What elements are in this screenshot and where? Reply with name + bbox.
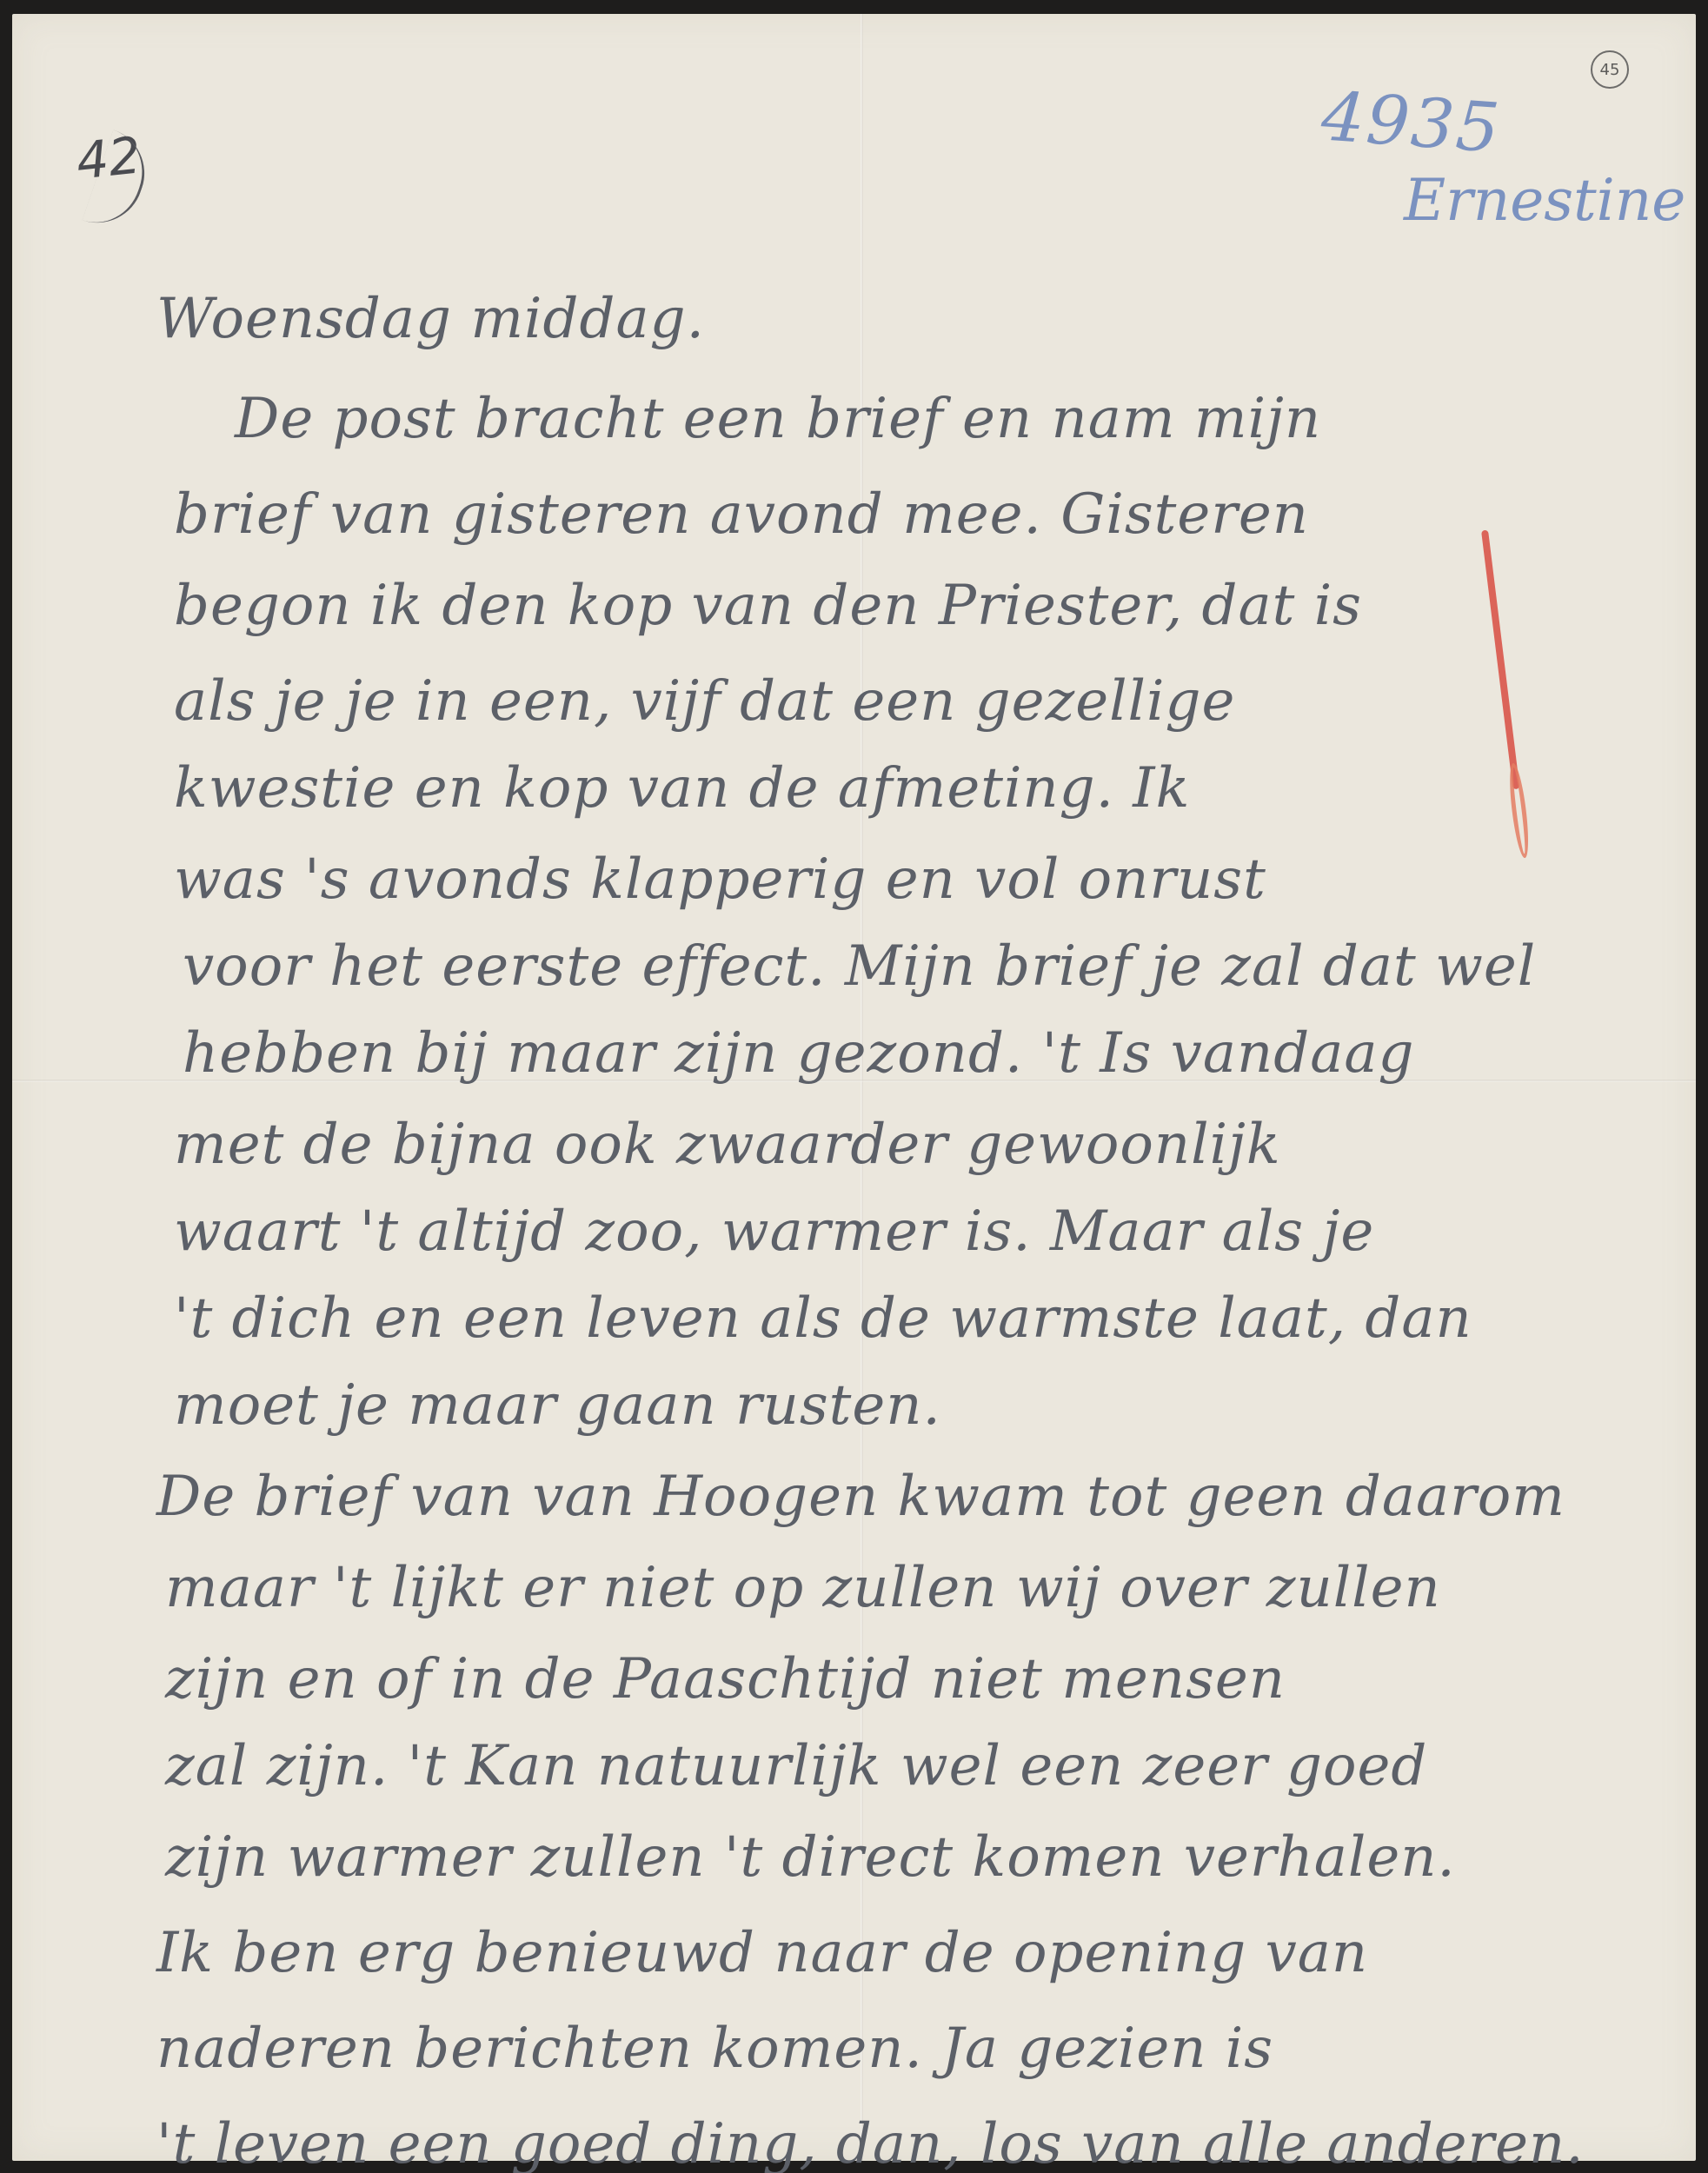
letter-line: als je je in een, vijf dat een gezellige <box>174 669 1235 734</box>
letter-line: zijn warmer zullen 't direct komen verha… <box>165 1825 1456 1890</box>
letter-line: was 's avonds klapperig en vol onrust <box>174 847 1266 912</box>
folio-number: 42 <box>74 125 144 190</box>
letter-line: Ik ben erg benieuwd naar de opening van <box>156 1921 1368 1985</box>
archive-number: 4935 <box>1319 83 1688 176</box>
archive-annotation: 4935 Ernestine <box>1321 96 1685 229</box>
letter-line: waart 't altijd zoo, warmer is. Maar als… <box>174 1199 1374 1264</box>
letter-line: voor het eerste effect. Mijn brief je za… <box>183 934 1536 999</box>
letter-line: brief van gisteren avond mee. Gisteren <box>174 482 1309 547</box>
letter-line: maar 't lijkt er niet op zullen wij over… <box>165 1556 1441 1620</box>
letter-line: 't dich en een leven als de warmste laat… <box>174 1286 1472 1351</box>
letter-line: met de bijna ook zwaarder gewoonlijk <box>174 1113 1281 1177</box>
letter-line: naderen berichten komen. Ja gezien is <box>156 2017 1273 2081</box>
letter-line: begon ik den kop van den Priester, dat i… <box>174 574 1362 638</box>
letter-line: zal zijn. 't Kan natuurlijk wel een zeer… <box>165 1734 1427 1798</box>
letter-line: kwestie en kop van de afmeting. Ik <box>174 756 1190 821</box>
archive-name: Ernestine <box>1404 172 1685 229</box>
letter-line: De post bracht een brief en nam mijn <box>235 387 1321 451</box>
letter-line: zijn en of in de Paaschtijd niet mensen <box>165 1647 1286 1711</box>
circled-page-number: 45 <box>1591 50 1629 89</box>
letter-line: hebben bij maar zijn gezond. 't Is vanda… <box>183 1021 1415 1086</box>
letter-line: De brief van van Hoogen kwam tot geen da… <box>156 1465 1565 1529</box>
letter-heading: Woensdag middag. <box>156 287 705 351</box>
letter-line: moet je maar gaan rusten. <box>174 1373 941 1438</box>
letter-line: 't leven een goed ding, dan, los van all… <box>156 2112 1585 2173</box>
